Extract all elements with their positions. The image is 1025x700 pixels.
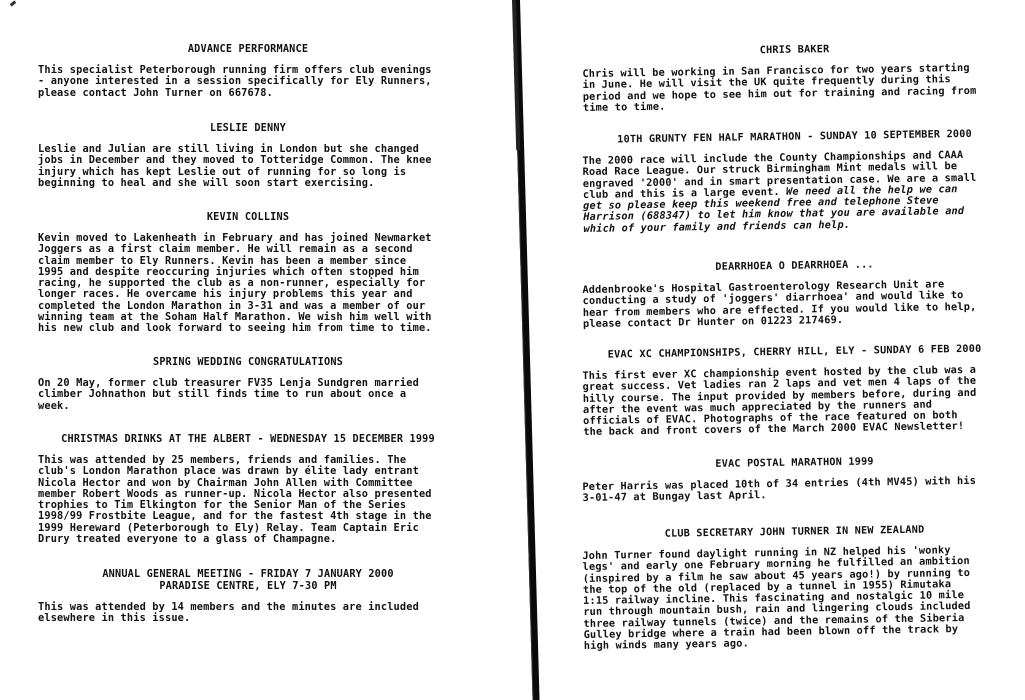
section-heading: ANNUAL GENERAL MEETING - FRIDAY 7 JANUAR…: [38, 569, 458, 593]
section-heading: EVAC POSTAL MARATHON 1999: [582, 454, 1007, 473]
section-grunty-fen: 10TH GRUNTY FEN HALF MARATHON - SUNDAY 1…: [582, 128, 1009, 235]
section-heading: 10TH GRUNTY FEN HALF MARATHON - SUNDAY 1…: [582, 128, 1007, 147]
section-heading: CHRIS BAKER: [582, 41, 1007, 60]
section-spring-wedding: SPRING WEDDING CONGRATULATIONS On 20 May…: [38, 357, 458, 412]
section-heading: CLUB SECRETARY JOHN TURNER IN NEW ZEALAN…: [582, 523, 1007, 542]
section-heading: ADVANCE PERFORMANCE: [38, 44, 458, 56]
section-body: Leslie and Julian are still living in Lo…: [38, 144, 458, 189]
left-page: ADVANCE PERFORMANCE This specialist Pete…: [0, 0, 510, 700]
section-heading: SPRING WEDDING CONGRATULATIONS: [38, 357, 458, 369]
section-evac-postal: EVAC POSTAL MARATHON 1999 Peter Harris w…: [582, 454, 1008, 504]
section-evac-xc: EVAC XC CHAMPIONSHIPS, CHERRY HILL, ELY …: [582, 343, 1008, 438]
section-heading: CHRISTMAS DRINKS AT THE ALBERT - WEDNESD…: [38, 434, 458, 446]
section-body: This was attended by 14 members and the …: [38, 602, 458, 625]
section-chris-baker: CHRIS BAKER Chris will be working in San…: [582, 41, 1008, 114]
section-heading: EVAC XC CHAMPIONSHIPS, CHERRY HILL, ELY …: [582, 343, 1007, 362]
section-kevin-collins: KEVIN COLLINS Kevin moved to Lakenheath …: [38, 212, 458, 335]
section-heading: DEARRHOEA O DEARRHOEA ...: [582, 257, 1007, 276]
section-body: Kevin moved to Lakenheath in February an…: [38, 233, 458, 335]
section-body: On 20 May, former club treasurer FV35 Le…: [38, 378, 458, 412]
section-john-turner-nz: CLUB SECRETARY JOHN TURNER IN NEW ZEALAN…: [582, 523, 1009, 652]
section-dearrhoea: DEARRHOEA O DEARRHOEA ... Addenbrooke's …: [582, 257, 1008, 330]
section-body: John Turner found daylight running in NZ…: [582, 544, 1009, 652]
section-body: This was attended by 25 members, friends…: [38, 455, 458, 545]
section-body: This specialist Peterborough running fir…: [38, 65, 458, 99]
section-advance-performance: ADVANCE PERFORMANCE This specialist Pete…: [38, 44, 458, 99]
section-christmas-drinks: CHRISTMAS DRINKS AT THE ALBERT - WEDNESD…: [38, 434, 458, 545]
right-page: CHRIS BAKER Chris will be working in San…: [522, 0, 1025, 700]
section-agm: ANNUAL GENERAL MEETING - FRIDAY 7 JANUAR…: [38, 569, 458, 625]
section-heading: KEVIN COLLINS: [38, 212, 458, 224]
section-heading: LESLIE DENNY: [38, 123, 458, 135]
section-body: Chris will be working in San Francisco f…: [582, 62, 1008, 114]
section-body: Peter Harris was placed 10th of 34 entri…: [582, 475, 1007, 504]
section-body: The 2000 race will include the County Ch…: [582, 149, 1008, 235]
section-body: Addenbrooke's Hospital Gastroenterology …: [582, 278, 1008, 330]
section-body: This first ever XC championship event ho…: [582, 364, 1008, 438]
section-leslie-denny: LESLIE DENNY Leslie and Julian are still…: [38, 123, 458, 189]
